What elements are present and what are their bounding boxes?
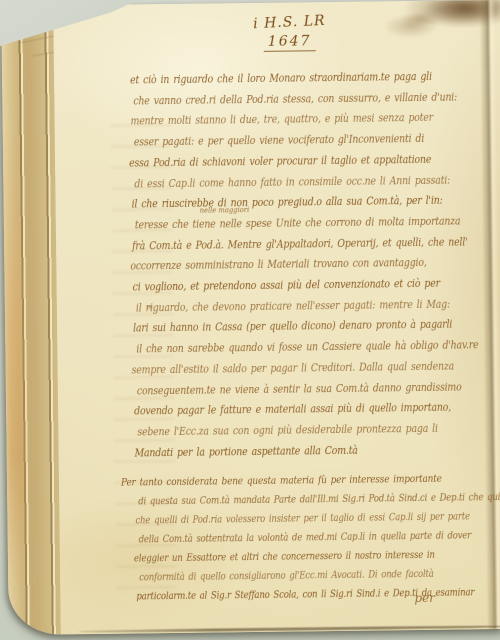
manuscript-line: particolarm.te al Sig.r Steffano Scola, … (136, 584, 435, 607)
catchword: per (414, 591, 435, 605)
page-heading: i H.S. LR 1647 (229, 14, 349, 52)
manuscript-paragraph-2: Per tanto considerata bene questa materi… (135, 469, 500, 606)
manuscript-book: i H.S. LR 1647 et ciò in riguardo che il… (1, 0, 500, 635)
manuscript-text-block: et ciò in riguardo che il loro Monaro st… (130, 66, 500, 607)
manuscript-line: Mandati per la portione aspettante alla … (135, 439, 445, 463)
stain (400, 11, 440, 27)
interline-insertion: nelle maggiori (200, 205, 250, 215)
manuscript-paragraph-1: et ciò in riguardo che il loro Monaro st… (130, 66, 499, 464)
photo-background: i H.S. LR 1647 et ciò in riguardo che il… (0, 0, 500, 640)
year-1647: 1647 (264, 33, 316, 52)
